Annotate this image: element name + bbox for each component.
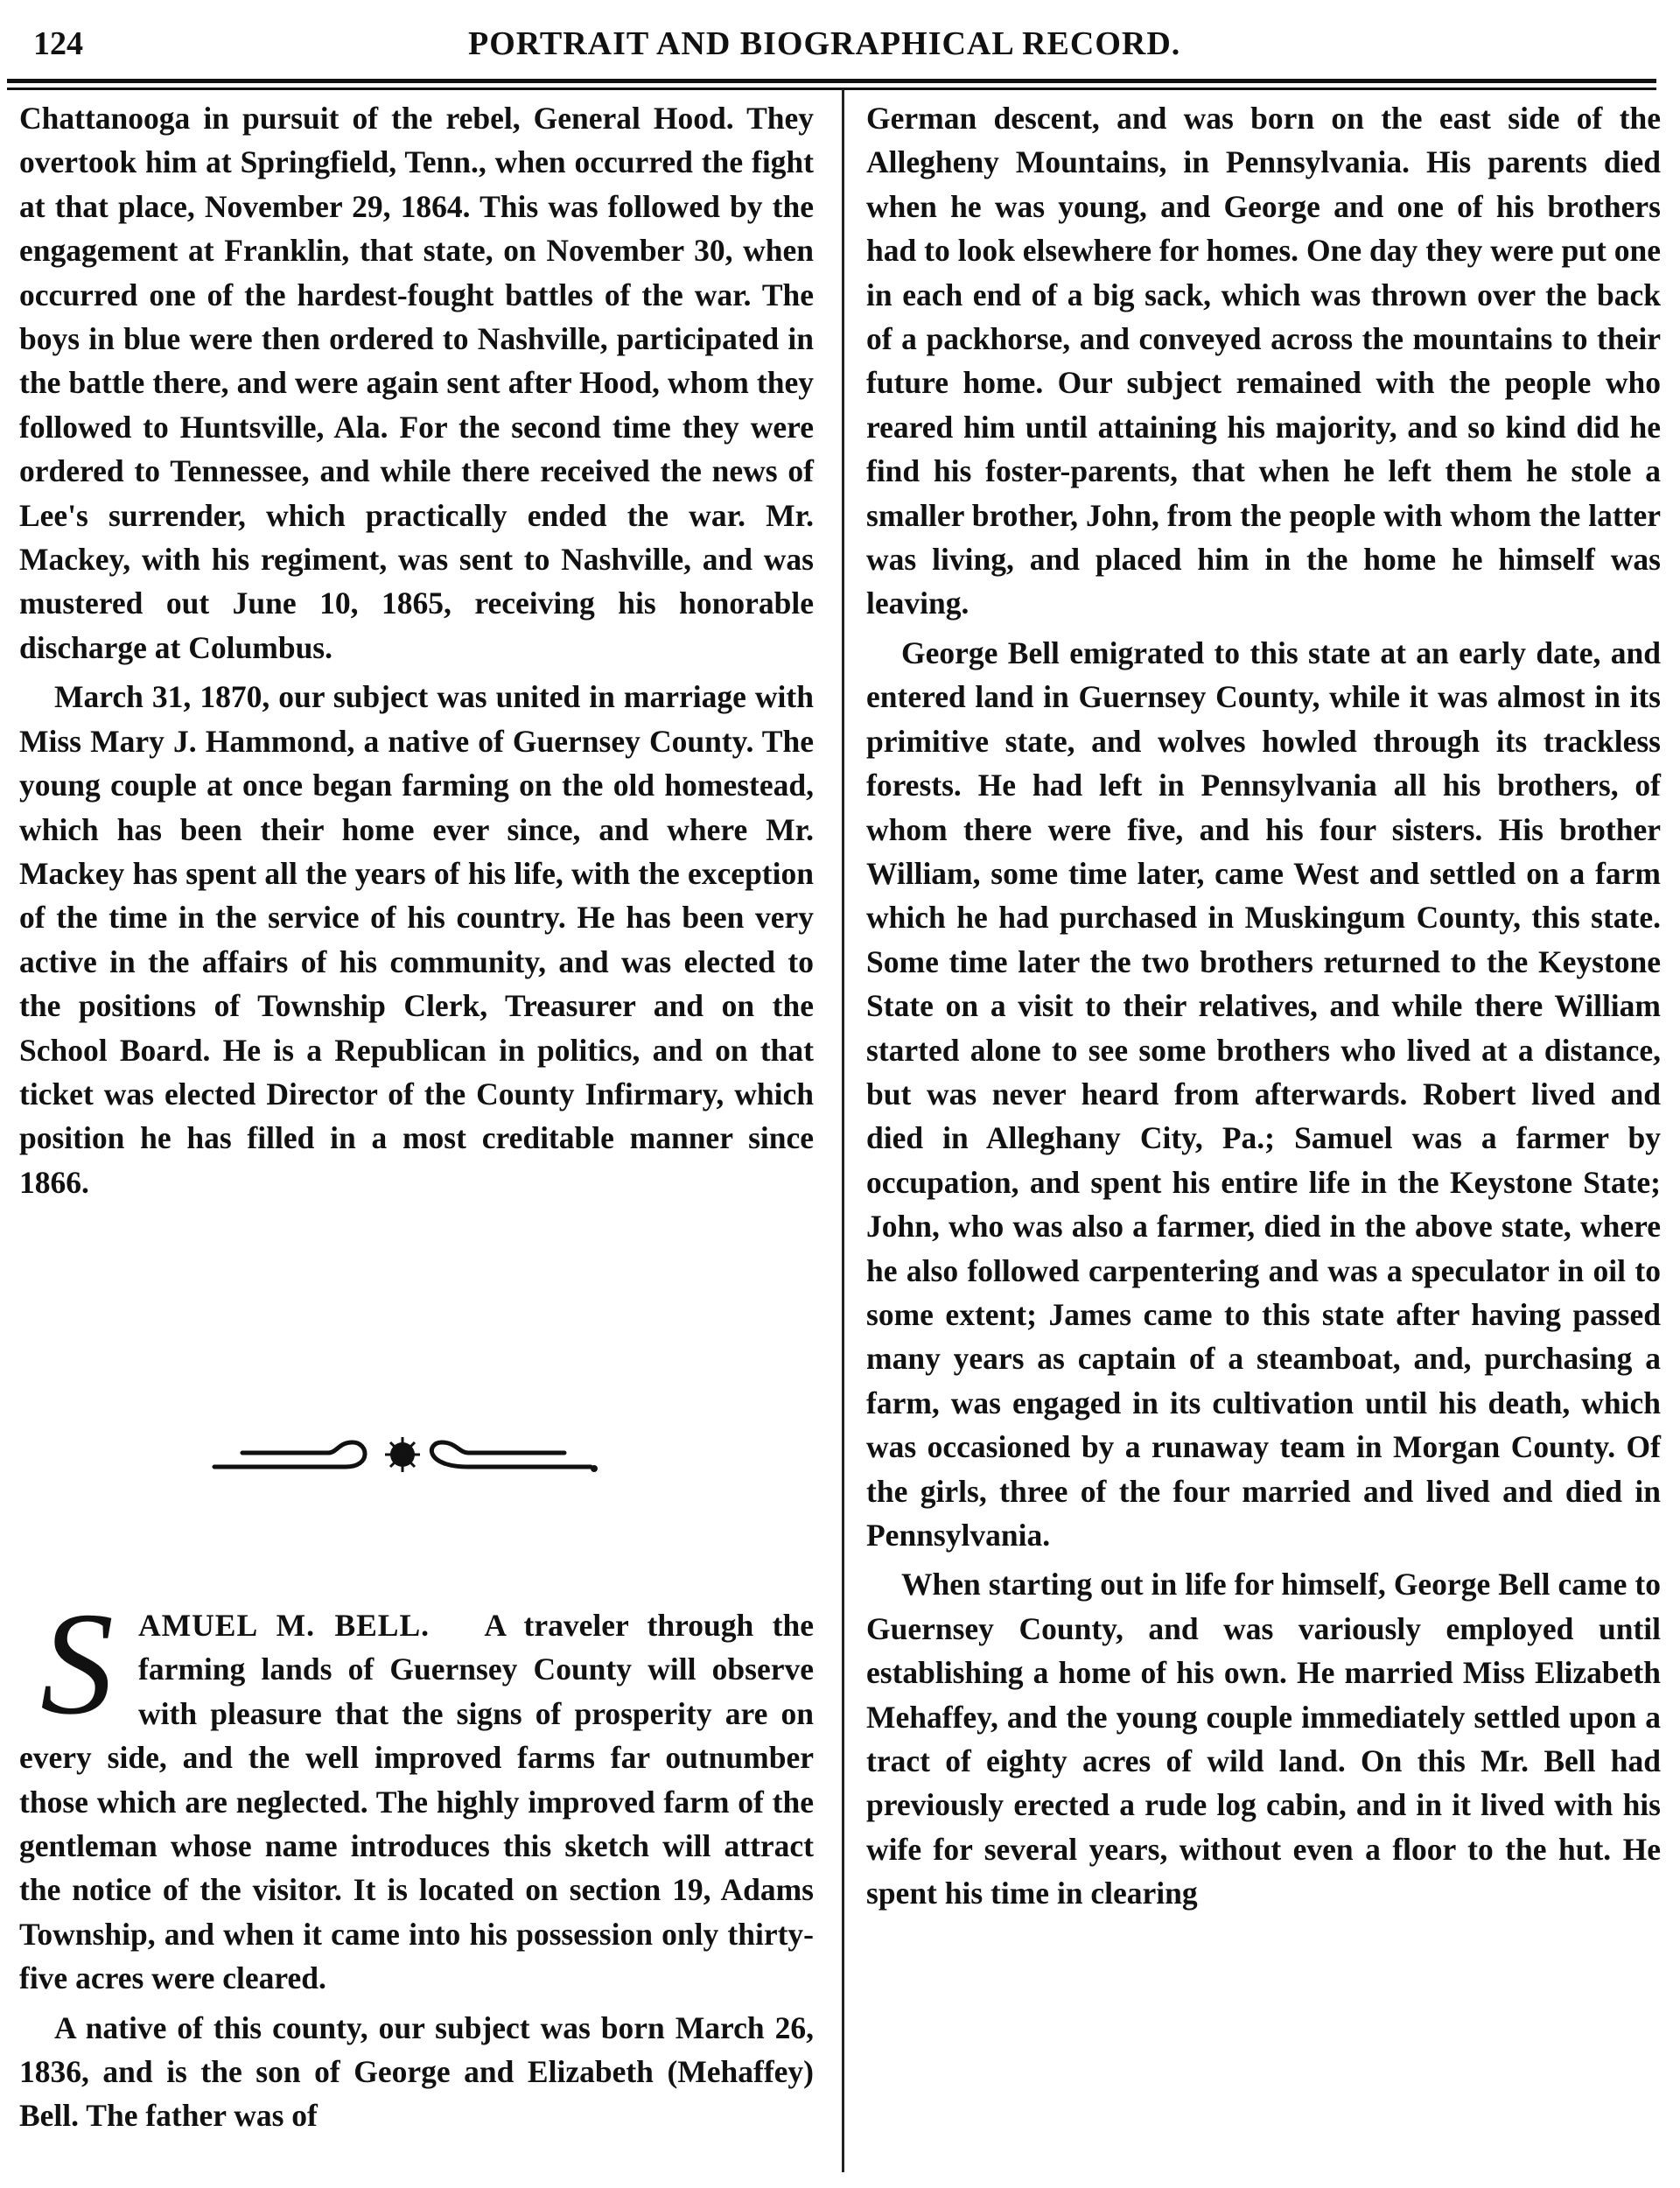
paragraph-marriage: March 31, 1870, our subject was united i… — [19, 675, 814, 1204]
paragraph-civil-war-service: Chattanooga in pursuit of the rebel, Gen… — [19, 96, 814, 670]
running-title: PORTRAIT AND BIOGRAPHICAL RECORD. — [468, 25, 1180, 63]
biography-name-heading: AMUEL M. BELL. — [138, 1608, 430, 1643]
book-page: 124 PORTRAIT AND BIOGRAPHICAL RECORD. Ch… — [0, 0, 1680, 2188]
left-column: Chattanooga in pursuit of the rebel, Gen… — [19, 96, 814, 1204]
ornament-divider-icon — [206, 1435, 608, 1488]
drop-cap-letter: S — [24, 1607, 129, 1729]
paragraph-emigration: George Bell emigrated to this state at a… — [866, 631, 1661, 1558]
paragraph-birth: A native of this county, our subject was… — [19, 2006, 814, 2138]
paragraph-farm-intro: A traveler through the farming lands of … — [19, 1608, 814, 1995]
column-divider — [842, 89, 844, 2172]
page-header: 124 PORTRAIT AND BIOGRAPHICAL RECORD. — [26, 19, 1671, 63]
right-column: German descent, and was born on the east… — [866, 96, 1661, 1916]
header-rule-thick — [7, 79, 1656, 83]
page-number: 124 — [33, 25, 83, 63]
paragraph-father-origin: German descent, and was born on the east… — [866, 96, 1661, 626]
header-rule-thin — [7, 88, 1656, 90]
biography-samuel-m-bell: S AMUEL M. BELL. A traveler through the … — [19, 1603, 814, 2138]
paragraph-starting-out: When starting out in life for himself, G… — [866, 1562, 1661, 1915]
